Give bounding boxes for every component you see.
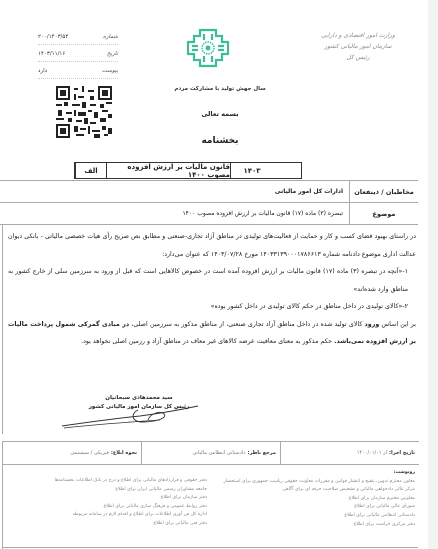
- audience-label: مخاطبان / ذینفعان: [349, 181, 418, 202]
- cc-item: اداره کل فن آوری اطلاعات برای اطلاع و اق…: [7, 511, 207, 520]
- qr-code-icon: [56, 86, 112, 138]
- cc-item: دفتر فنی مالیاتی برای اطلاع: [7, 520, 207, 529]
- conclusion-text: کالای تولید شده در داخل مناطق آزاد تجاری…: [129, 321, 364, 328]
- conclusion-text: بر این اساس: [379, 321, 416, 328]
- ministry-line: سازمان امور مالیاتی کشور: [318, 41, 398, 52]
- letter-number-row: شماره ۲۰۰/۱۴۰۳/۵۴: [38, 30, 118, 45]
- cc-heading: رونوشت:: [215, 469, 415, 478]
- letter-date-value: ۱۴۰۳/۱۱/۱۶: [38, 51, 65, 57]
- page-edge-shade: [428, 0, 438, 549]
- supervisory-authority-label: مرجع ناظر:: [247, 450, 276, 456]
- cc-item: دفتر مرکزی حراست برای اطلاع: [215, 521, 415, 530]
- cc-item: دفتر سازمان برای اطلاع: [7, 494, 207, 503]
- cc-item: دادستانی انتظامی مالیاتی برای اطلاع: [215, 512, 415, 521]
- letter-date-row: تاریخ ۱۴۰۳/۱۱/۱۶: [38, 47, 118, 62]
- circular-series-cell: الف: [75, 163, 106, 178]
- body-item-2: ۲-«کالای تولیدی در داخل مناطق در حکم کال…: [8, 298, 416, 316]
- circular-title-cell: قانون مالیات بر ارزش افزوده مصوب ۱۴۰۰: [106, 163, 230, 178]
- tax-organization-logo-icon: [186, 28, 230, 68]
- cc-item: شورای عالی مالیاتی برای اطلاع: [215, 503, 415, 512]
- supervisory-authority-cell: مرجع ناظر: دادستانی انتظامی مالیاتی: [141, 442, 280, 464]
- audience-row: مخاطبان / ذینفعان ادارات کل امور مالیاتی: [0, 181, 418, 203]
- footer-meta-row: تاریخ اجرا: از ۱۴۰۰/۰۱/۰۱ مرجع ناظر: داد…: [3, 442, 419, 465]
- subject-row: موضوع تبصره (۳) ماده (۱۷) قانون مالیات ب…: [0, 203, 418, 225]
- body-intro: در راستای بهبود فضای کسب و کار و حمایت ا…: [8, 228, 416, 263]
- circular-year-cell: ۱۴۰۳: [230, 163, 273, 178]
- notification-method-value: فیزیکی / سیستمی: [70, 450, 109, 456]
- notification-method-label: نحوه ابلاغ:: [111, 450, 137, 456]
- effective-date-label: تاریخ اجرا:: [389, 450, 415, 456]
- conclusion-text: حکم مذکور به معنای معافیت عرضه کالاهای غ…: [81, 338, 334, 345]
- cc-item: دفتر حقوقی و قراردادهای مالیاتی برای اطل…: [7, 477, 207, 486]
- letter-number-label: شماره: [103, 34, 118, 40]
- document-page: وزارت امور اقتصادی و دارایی سازمان امور …: [0, 0, 428, 549]
- year-slogan: سال جهش تولید با مشارکت مردم: [140, 86, 300, 92]
- ministry-line: وزارت امور اقتصادی و دارایی: [318, 30, 398, 41]
- cc-list-right: رونوشت: معاون محترم تدوین، تنقیح و انتشا…: [211, 465, 419, 549]
- circular-number-cell: [273, 163, 301, 178]
- effective-date-cell: تاریخ اجرا: از ۱۴۰۰/۰۱/۰۱: [280, 442, 419, 464]
- cc-item: مرکز عالی دادخواهی مالیاتی و تشخیص صلاحی…: [215, 486, 415, 495]
- circular-info-table: مخاطبان / ذینفعان ادارات کل امور مالیاتی…: [0, 180, 418, 225]
- cc-item: جامعه مشاوران رسمی مالیاتی ایران برای اط…: [7, 486, 207, 495]
- body-item-1: ۱-«آنچه در تبصره (۳) ماده (۱۷) قانون مال…: [8, 263, 416, 298]
- subject-label: موضوع: [349, 203, 418, 224]
- ministry-header: وزارت امور اقتصادی و دارایی سازمان امور …: [318, 30, 398, 63]
- footer-bottom-rule: [2, 547, 418, 548]
- circular-identifier-table: ۱۴۰۳ قانون مالیات بر ارزش افزوده مصوب ۱۴…: [74, 162, 302, 179]
- letter-number-value: ۲۰۰/۱۴۰۳/۵۴: [38, 34, 68, 40]
- effective-date-value: از ۱۴۰۰/۰۱/۰۱: [357, 450, 387, 456]
- document-type-title: بخشنامه: [140, 136, 300, 146]
- basmala: بسمه تعالی: [140, 110, 300, 118]
- ministry-line: رئیس کل: [318, 52, 398, 63]
- subject-value: تبصره (۳) ماده (۱۷) قانون مالیات بر ارزش…: [0, 203, 349, 224]
- circular-body: در راستای بهبود فضای کسب و کار و حمایت ا…: [8, 228, 416, 351]
- audience-value: ادارات کل امور مالیاتی: [0, 181, 349, 202]
- attachment-row: پیوست دارد: [38, 64, 118, 79]
- letter-meta: شماره ۲۰۰/۱۴۰۳/۵۴ تاریخ ۱۴۰۳/۱۱/۱۶ پیوست…: [38, 30, 118, 81]
- cc-item: دفتر روابط عمومی و فرهنگ سازی مالیاتی بر…: [7, 503, 207, 512]
- circular-footer: تاریخ اجرا: از ۱۴۰۰/۰۱/۰۱ مرجع ناظر: داد…: [2, 441, 419, 549]
- attachment-value: دارد: [38, 68, 47, 74]
- handwritten-signature-icon: [60, 400, 200, 430]
- letter-date-label: تاریخ: [107, 51, 118, 57]
- notification-method-cell: نحوه ابلاغ: فیزیکی / سیستمی: [3, 442, 141, 464]
- supervisory-authority-value: دادستانی انتظامی مالیاتی: [193, 450, 246, 456]
- body-conclusion: بر این اساس ورود کالای تولید شده در داخل…: [8, 316, 416, 351]
- conclusion-emphasis: ورود: [365, 321, 380, 328]
- cc-lists: رونوشت: معاون محترم تدوین، تنقیح و انتشا…: [3, 465, 419, 549]
- cc-item: معاونین محترم سازمان برای اطلاع: [215, 495, 415, 504]
- attachment-label: پیوست: [102, 68, 118, 74]
- cc-item: معاون محترم تدوین، تنقیح و انتشار قوانین…: [215, 478, 415, 487]
- cc-list-left: دفتر حقوقی و قراردادهای مالیاتی برای اطل…: [3, 465, 211, 549]
